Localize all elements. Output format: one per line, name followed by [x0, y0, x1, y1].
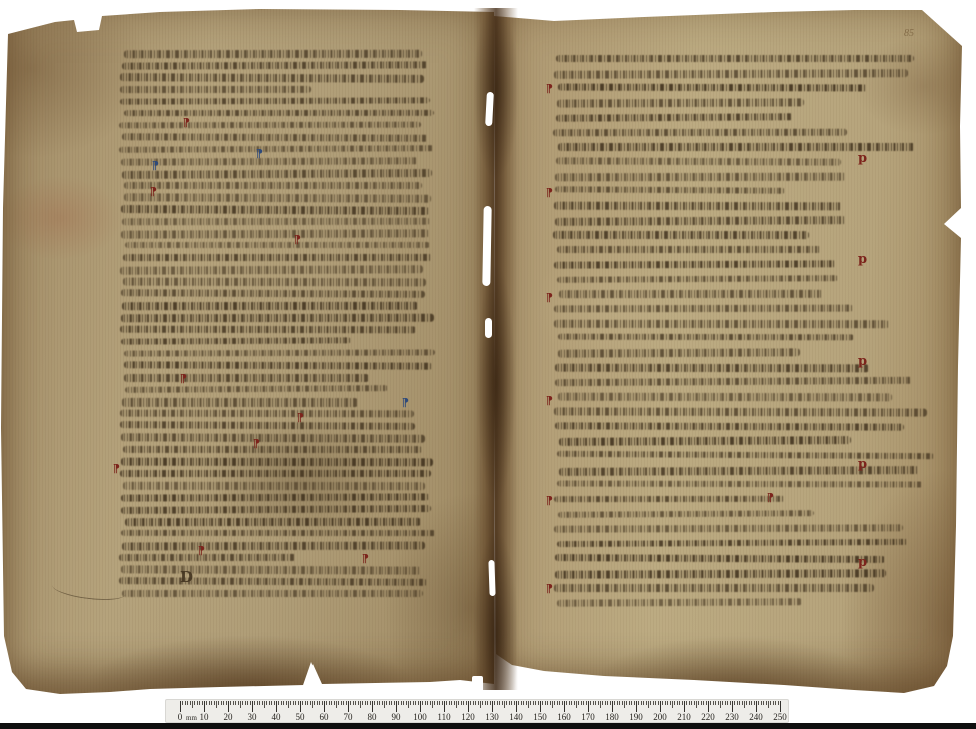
ruler-tick [413, 701, 414, 705]
ruler-tick [437, 701, 438, 705]
ruler-tick [240, 701, 241, 708]
ruler-tick [660, 701, 661, 712]
script-line [553, 407, 926, 416]
ruler-tick [770, 701, 771, 705]
ruler-tick [305, 701, 306, 705]
ruler-label: 110 [437, 712, 450, 722]
script-line [559, 436, 851, 445]
pilcrow-mark: ¶ [546, 83, 553, 94]
ruler-tick [655, 701, 656, 705]
ruler-tick [482, 701, 483, 705]
ruler-tick [746, 701, 747, 705]
ruler-tick [578, 701, 579, 705]
script-line [122, 133, 428, 142]
pilcrow-mark: ¶ [402, 397, 409, 408]
ruler-tick [182, 701, 183, 705]
ruler-tick [310, 701, 311, 705]
ruler-tick [600, 701, 601, 708]
ruler-tick [679, 701, 680, 705]
ruler-tick [593, 701, 594, 705]
script-line [121, 458, 433, 467]
ruler-tick [288, 701, 289, 708]
ruler-tick [506, 701, 507, 705]
ruler-tick [492, 701, 493, 712]
ruler-tick [374, 701, 375, 705]
ruler-tick [216, 701, 217, 708]
script-line [558, 393, 892, 402]
ruler-tick [672, 701, 673, 708]
ruler-tick [367, 701, 368, 705]
ruler-tick [521, 701, 522, 705]
paraph-mark: p [858, 556, 867, 569]
script-line [120, 86, 311, 93]
manuscript-left-page: ¶¶¶¶¶¶¶¶¶¶¶¶D [0, 8, 494, 696]
paraph-mark: p [858, 253, 867, 266]
ruler-tick [566, 701, 567, 705]
ruler-tick [264, 701, 265, 708]
ruler-label: 120 [461, 712, 475, 722]
ruler-tick [564, 701, 565, 712]
ruler-tick [619, 701, 620, 705]
script-line [122, 590, 423, 597]
pilcrow-mark: ¶ [546, 292, 553, 303]
script-line [555, 377, 912, 386]
ruler-label: 240 [749, 712, 763, 722]
ruler-tick [581, 701, 582, 705]
script-line [122, 302, 418, 310]
pilcrow-mark: ¶ [253, 438, 260, 449]
ruler-tick [756, 701, 757, 712]
pilcrow-mark: ¶ [767, 492, 774, 503]
script-line [122, 218, 430, 225]
ruler-tick [768, 701, 769, 708]
ruler-tick [631, 701, 632, 705]
ruler-tick [497, 701, 498, 705]
script-line [555, 216, 846, 226]
ruler-tick [485, 701, 486, 705]
ruler-tick [425, 701, 426, 705]
ruler-tick [206, 701, 207, 705]
ruler-tick [643, 701, 644, 705]
ruler-tick [430, 701, 431, 705]
ruler-tick [646, 701, 647, 705]
paraph-mark: p [858, 355, 867, 368]
ruler-tick [614, 701, 615, 705]
pen-flourish [51, 576, 127, 604]
ruler-tick [242, 701, 243, 705]
ruler-tick [427, 701, 428, 705]
script-line [121, 433, 425, 443]
ruler-tick [574, 701, 575, 705]
script-line [121, 505, 431, 514]
script-line [556, 451, 933, 459]
ruler-tick [190, 701, 191, 705]
ruler-tick [665, 701, 666, 705]
ruler-tick [322, 701, 323, 705]
pilcrow-mark: ¶ [183, 117, 190, 128]
ruler-tick [703, 701, 704, 705]
ruler-tick [348, 701, 349, 712]
ruler-tick [739, 701, 740, 705]
ruler-label: 140 [509, 712, 523, 722]
ruler-unit-label: mm [186, 714, 197, 722]
ruler-tick [401, 701, 402, 705]
ruler-tick [358, 701, 359, 705]
script-line [124, 349, 435, 356]
ruler-tick [353, 701, 354, 705]
ruler-tick [514, 701, 515, 705]
ruler-tick [667, 701, 668, 705]
ruler-label: 40 [272, 712, 281, 722]
ruler-tick [650, 701, 651, 705]
script-line [120, 73, 424, 83]
ruler-tick [259, 701, 260, 705]
ruler-label: 20 [224, 712, 233, 722]
script-line [123, 278, 426, 286]
pilcrow-mark: ¶ [150, 186, 157, 197]
ruler-label: 90 [392, 712, 401, 722]
ruler-tick [432, 701, 433, 708]
script-line [123, 446, 422, 453]
ruler-tick [204, 701, 205, 712]
ruler-tick [754, 701, 755, 705]
ruler-tick [389, 701, 390, 705]
script-line [556, 113, 793, 121]
ruler-tick [209, 701, 210, 705]
ruler-label: 50 [296, 712, 305, 722]
ruler-label: 160 [557, 712, 571, 722]
ruler-tick [504, 701, 505, 708]
ruler-label: 170 [581, 712, 595, 722]
ruler-tick [602, 701, 603, 705]
ruler-tick [329, 701, 330, 705]
script-line [124, 110, 434, 116]
script-line [555, 172, 846, 181]
script-line [123, 254, 432, 261]
ruler-label: 230 [725, 712, 739, 722]
script-line [555, 187, 785, 195]
ruler-tick [180, 701, 181, 712]
ruler-tick [547, 701, 548, 705]
ruler-tick [478, 701, 479, 705]
pilcrow-mark: ¶ [546, 495, 553, 506]
script-line [121, 542, 424, 551]
ruler-tick [706, 701, 707, 705]
ruler-tick [406, 701, 407, 705]
ruler-tick [722, 701, 723, 705]
ruler-tick [530, 701, 531, 705]
ruler-label: 130 [485, 712, 499, 722]
ruler-tick [622, 701, 623, 705]
script-line [124, 182, 422, 189]
ruler-tick [439, 701, 440, 705]
script-line [125, 518, 421, 526]
script-line [553, 231, 809, 239]
script-line [558, 84, 867, 92]
ruler-tick [758, 701, 759, 705]
ruler-tick [480, 701, 481, 708]
script-line [124, 242, 429, 248]
ruler-tick [720, 701, 721, 708]
ruler-tick [456, 701, 457, 708]
ruler-tick [281, 701, 282, 705]
ruler-tick [545, 701, 546, 705]
script-line [559, 290, 823, 299]
ruler-tick [372, 701, 373, 712]
ruler-tick [694, 701, 695, 705]
ruler-label: 60 [320, 712, 329, 722]
ruler-tick [230, 701, 231, 705]
ruler-tick [526, 701, 527, 705]
ruler-tick [516, 701, 517, 712]
ruler-tick [576, 701, 577, 708]
ruler-tick [742, 701, 743, 705]
ruler-label: 70 [344, 712, 353, 722]
script-line [554, 202, 842, 211]
ruler-tick [307, 701, 308, 705]
ruler-tick [617, 701, 618, 705]
ruler-tick [684, 701, 685, 712]
ruler-tick [454, 701, 455, 705]
ruler-tick [718, 701, 719, 705]
ruler-tick [286, 701, 287, 705]
script-line [555, 554, 885, 563]
ruler-tick [487, 701, 488, 705]
ruler-tick [382, 701, 383, 705]
ruler-tick [350, 701, 351, 705]
ruler-tick [470, 701, 471, 705]
script-line [558, 143, 915, 151]
ruler-tick [257, 701, 258, 705]
script-line [121, 157, 418, 165]
ruler-tick [689, 701, 690, 705]
ruler-tick [624, 701, 625, 708]
script-line [123, 482, 425, 490]
ruler-tick [202, 701, 203, 705]
ruler-tick [775, 701, 776, 705]
ruler-tick [458, 701, 459, 705]
ruler-tick [336, 701, 337, 708]
ruler-tick [562, 701, 563, 705]
ruler-tick [238, 701, 239, 705]
ruler-tick [626, 701, 627, 705]
ruler-tick [535, 701, 536, 705]
ruler-label: 190 [629, 712, 643, 722]
ruler-tick [370, 701, 371, 705]
pilcrow-mark: ¶ [113, 463, 120, 474]
ruler-tick [410, 701, 411, 705]
pilcrow-mark: ¶ [198, 545, 205, 556]
ruler-tick [326, 701, 327, 705]
script-line [122, 169, 432, 178]
ruler-tick [773, 701, 774, 705]
ruler-tick [542, 701, 543, 705]
ruler-tick [449, 701, 450, 705]
manuscript-right-page: 85 ¶¶¶¶¶¶¶ppppp [494, 6, 964, 696]
script-line [124, 50, 422, 58]
ruler-tick [511, 701, 512, 705]
script-line [554, 496, 785, 502]
ruler-tick [653, 701, 654, 705]
ruler-tick [610, 701, 611, 705]
ruler-tick [499, 701, 500, 705]
ruler-tick [386, 701, 387, 705]
ruler-tick [612, 701, 613, 712]
ruler-tick [312, 701, 313, 708]
ruler-tick [629, 701, 630, 705]
ruler-tick [187, 701, 188, 705]
script-line [121, 205, 429, 215]
script-line [119, 145, 434, 153]
script-line [555, 569, 886, 579]
script-line [555, 363, 869, 371]
ruler-tick [254, 701, 255, 705]
script-line [554, 584, 874, 593]
script-line [124, 374, 369, 382]
script-line [121, 229, 429, 238]
script-line [557, 539, 908, 548]
ruler-tick [278, 701, 279, 705]
ruler-label: 150 [533, 712, 547, 722]
ruler-tick [732, 701, 733, 712]
ruler-tick [540, 701, 541, 712]
pilcrow-mark: ¶ [297, 412, 304, 423]
ruler-tick [648, 701, 649, 708]
ruler-scale: mm 0102030405060708090100110120130140150… [166, 700, 788, 722]
ruler-tick [418, 701, 419, 705]
black-bar [0, 723, 976, 729]
ruler-tick [749, 701, 750, 705]
ruler-tick [670, 701, 671, 705]
ruler-tick [550, 701, 551, 705]
ruler-tick [461, 701, 462, 705]
ruler-tick [598, 701, 599, 705]
ruler-tick [528, 701, 529, 708]
ruler-tick [494, 701, 495, 705]
ruler-tick [682, 701, 683, 705]
script-line [124, 385, 387, 393]
ruler-tick [523, 701, 524, 705]
script-line [555, 422, 904, 430]
ruler-tick [727, 701, 728, 705]
ruler-tick [221, 701, 222, 705]
ruler-tick [295, 701, 296, 705]
ruler-tick [334, 701, 335, 705]
ruler-tick [538, 701, 539, 705]
ruler-tick [674, 701, 675, 705]
script-line [121, 530, 436, 537]
script-line [121, 565, 421, 574]
ruler-tick [588, 701, 589, 712]
ruler-tick [218, 701, 219, 705]
ruler-label: 210 [677, 712, 691, 722]
ruler-tick [509, 701, 510, 705]
ruler-tick [341, 701, 342, 705]
ruler-tick [269, 701, 270, 705]
ruler-tick [696, 701, 697, 708]
gutter-tear [488, 560, 495, 596]
ruler-tick [214, 701, 215, 705]
script-line [119, 554, 296, 562]
script-line [556, 157, 841, 165]
ruler-label: 30 [248, 712, 257, 722]
script-line [557, 481, 923, 488]
ruler-tick [751, 701, 752, 705]
ruler-tick [343, 701, 344, 705]
pilcrow-mark: ¶ [294, 234, 301, 245]
script-line [557, 246, 821, 253]
ruler-tick [533, 701, 534, 705]
ruler-tick [734, 701, 735, 705]
ruler-tick [586, 701, 587, 705]
ruler-tick [283, 701, 284, 705]
initial-letter: D [180, 570, 193, 585]
ruler-tick [317, 701, 318, 705]
script-line [120, 421, 415, 430]
script-line [554, 525, 903, 534]
ruler-label: 100 [413, 712, 427, 722]
ruler-tick [233, 701, 234, 705]
ruler-tick [403, 701, 404, 705]
script-line [558, 510, 814, 518]
ruler-label: 10 [200, 712, 209, 722]
script-line [120, 470, 431, 477]
ruler-tick [636, 701, 637, 712]
ruler-tick [595, 701, 596, 705]
ruler-label: 220 [701, 712, 715, 722]
ruler-tick [744, 701, 745, 708]
ruler-tick [324, 701, 325, 712]
script-line [557, 98, 804, 107]
ruler-tick [314, 701, 315, 705]
ruler-tick [199, 701, 200, 705]
ruler-tick [365, 701, 366, 705]
ruler-tick [185, 701, 186, 705]
ruler-tick [502, 701, 503, 705]
ruler-tick [408, 701, 409, 708]
ruler-tick [778, 701, 779, 705]
ruler-tick [761, 701, 762, 705]
ruler-tick [677, 701, 678, 705]
ruler-tick [698, 701, 699, 705]
ruler-tick [725, 701, 726, 705]
ruler-tick [691, 701, 692, 705]
ruler-tick [701, 701, 702, 705]
script-line [120, 97, 430, 105]
script-line [119, 122, 421, 129]
script-line [121, 337, 351, 344]
ruler-tick [468, 701, 469, 712]
ruler-tick [641, 701, 642, 705]
script-line [121, 314, 434, 323]
ruler-tick [451, 701, 452, 705]
ruler-tick [569, 701, 570, 705]
ruler-tick [396, 701, 397, 712]
pilcrow-mark: ¶ [362, 553, 369, 564]
script-line [556, 55, 914, 62]
ruler-tick [211, 701, 212, 705]
ruler-label: 0 [178, 712, 183, 722]
ruler-label: 200 [653, 712, 667, 722]
ruler-tick [360, 701, 361, 708]
script-line [121, 493, 429, 501]
paraph-mark: p [858, 458, 867, 471]
script-line [122, 398, 358, 407]
script-line [558, 348, 800, 358]
script-line [120, 265, 423, 274]
ruler-tick [446, 701, 447, 705]
pilcrow-mark: ¶ [546, 583, 553, 594]
